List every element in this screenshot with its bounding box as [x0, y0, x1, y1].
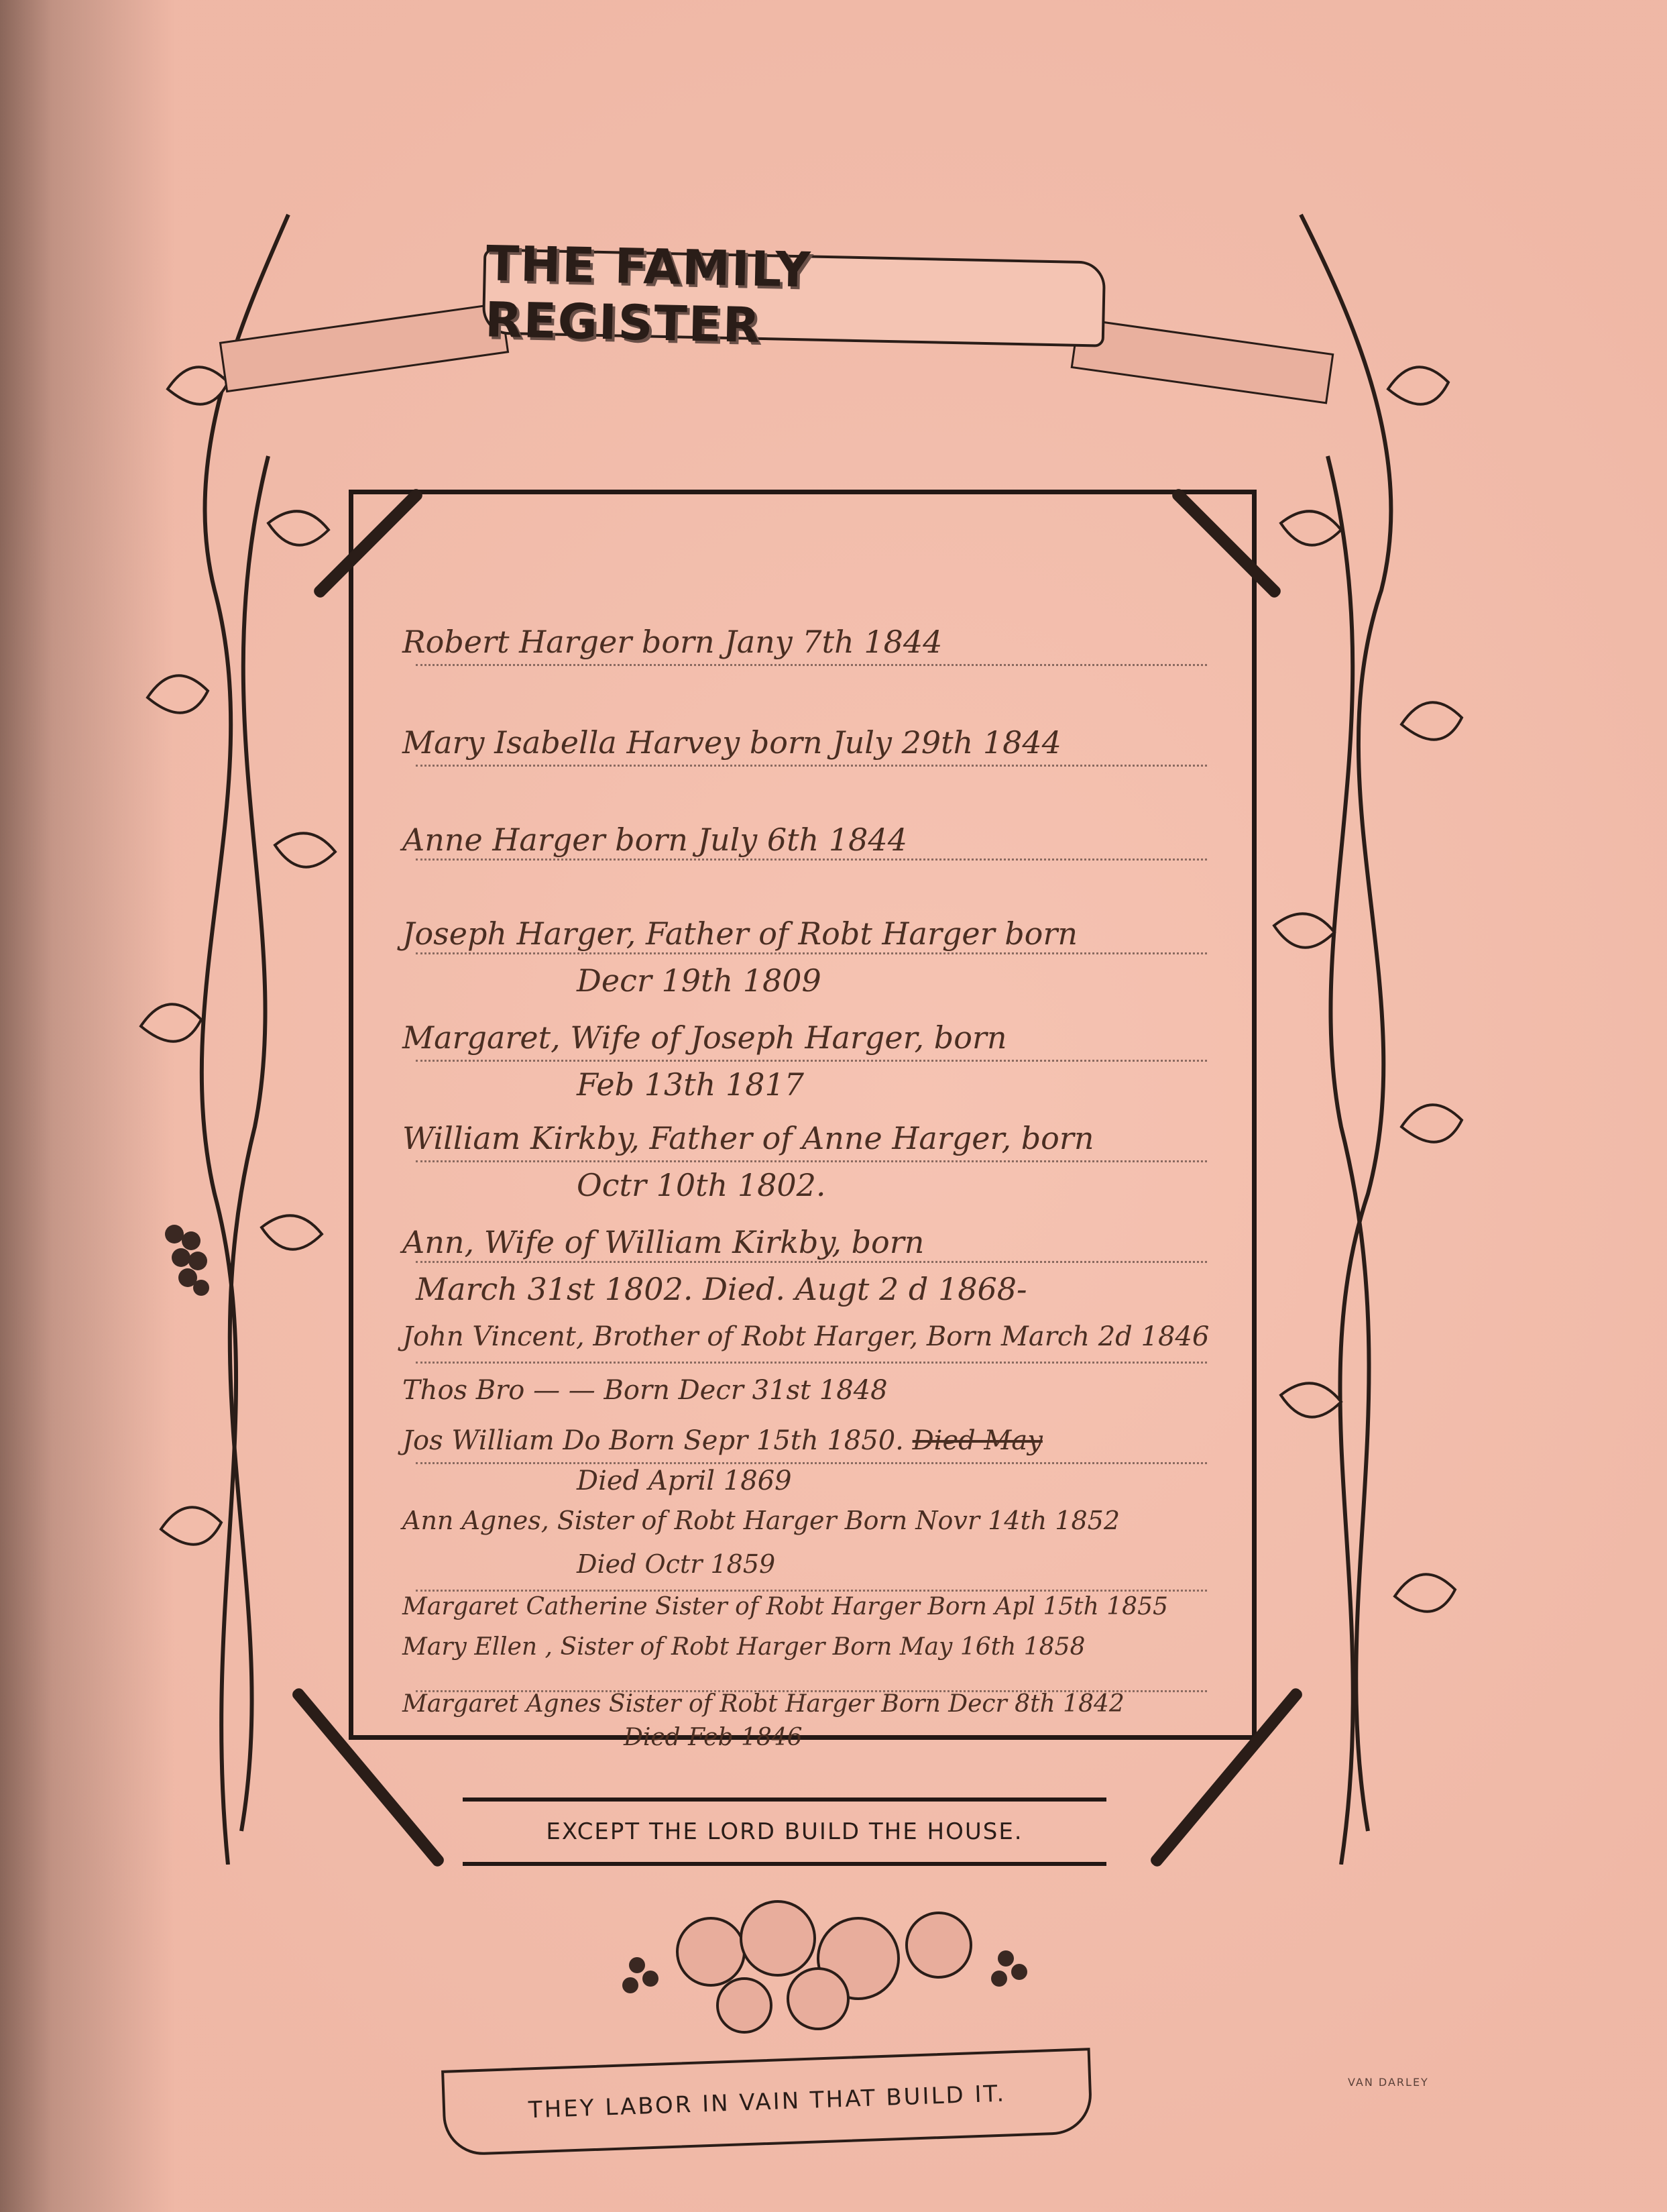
entry-ann-kirkby-dates: March 31st 1802. Died. Augt 2 d 1868-	[402, 1271, 1247, 1307]
entry-text: Ann, Wife of William Kirkby, born	[402, 1224, 924, 1260]
entry-subtext: Decr 19th 1809	[577, 962, 821, 999]
entry-subtext: Feb 13th 1817	[577, 1066, 804, 1103]
entry-thos: Thos Bro — — Born Decr 31st 1848	[402, 1375, 1234, 1406]
page-title: THE FAMILY REGISTER	[484, 235, 1103, 360]
ruled-line	[416, 1060, 1207, 1062]
entry-subtext: Died Feb 1846	[624, 1724, 803, 1751]
entry-subtext: March 31st 1802. Died. Augt 2 d 1868-	[416, 1271, 1027, 1307]
entry-jos-william-death: Died April 1869	[402, 1466, 1408, 1496]
ruled-line	[416, 1590, 1207, 1592]
entry-text: John Vincent, Brother of Robt Harger, Bo…	[402, 1321, 1209, 1352]
entry-william-kirkby: William Kirkby, Father of Anne Harger, b…	[402, 1120, 1234, 1156]
entry-text: William Kirkby, Father of Anne Harger, b…	[402, 1120, 1094, 1156]
fruit-flower-illustration	[577, 1871, 1100, 2046]
entry-subtext: Octr 10th 1802.	[577, 1167, 826, 1203]
entry-subtext: Died April 1869	[577, 1466, 792, 1496]
entry-text: Robert Harger born Jany 7th 1844	[402, 624, 942, 660]
entry-text: Mary Isabella Harvey born July 29th 1844	[402, 724, 1061, 761]
entry-robert-harger: Robert Harger born Jany 7th 1844	[402, 624, 1234, 660]
ruled-line	[416, 765, 1207, 767]
entry-text: Anne Harger born July 6th 1844	[402, 822, 907, 858]
ruled-line	[416, 664, 1207, 666]
entry-ann-agnes-death: Died Octr 1859	[402, 1549, 1408, 1579]
entry-text: Ann Agnes, Sister of Robt Harger Born No…	[402, 1506, 1120, 1535]
entry-text: Joseph Harger, Father of Robt Harger bor…	[402, 916, 1078, 952]
engraver-signature: VAN DARLEY	[1348, 2076, 1429, 2089]
entry-subtext: Died Octr 1859	[577, 1549, 775, 1579]
entry-margaret-harger-date: Feb 13th 1817	[402, 1066, 1408, 1103]
entry-text: Margaret Agnes Sister of Robt Harger Bor…	[402, 1690, 1125, 1718]
ruled-line	[416, 1261, 1207, 1263]
entry-margaret-harger: Margaret, Wife of Joseph Harger, born	[402, 1019, 1234, 1056]
entry-margaret-catherine: Margaret Catherine Sister of Robt Harger…	[402, 1593, 1234, 1620]
entry-mary-ellen: Mary Ellen , Sister of Robt Harger Born …	[402, 1633, 1234, 1661]
entry-text: Jos William Do Born Sepr 15th 1850.	[402, 1425, 904, 1456]
entry-ann-kirkby: Ann, Wife of William Kirkby, born	[402, 1224, 1234, 1260]
ruled-line	[416, 1160, 1207, 1162]
title-banner: THE FAMILY REGISTER	[482, 248, 1106, 347]
entry-margaret-agnes-death: Died Feb 1846	[402, 1724, 1455, 1751]
entry-mary-isabella-harvey: Mary Isabella Harvey born July 29th 1844	[402, 724, 1234, 761]
entry-text: Margaret, Wife of Joseph Harger, born	[402, 1019, 1007, 1056]
entry-william-kirkby-date: Octr 10th 1802.	[402, 1167, 1408, 1203]
entry-text: Margaret Catherine Sister of Robt Harger…	[402, 1593, 1168, 1620]
ruled-line	[416, 1462, 1207, 1464]
entry-margaret-agnes: Margaret Agnes Sister of Robt Harger Bor…	[402, 1690, 1234, 1718]
struck-text: Died May	[913, 1425, 1043, 1456]
entry-text: Mary Ellen , Sister of Robt Harger Born …	[402, 1633, 1085, 1661]
entry-joseph-harger-date: Decr 19th 1809	[402, 962, 1408, 999]
ruled-line	[416, 1362, 1207, 1364]
ruled-line	[416, 952, 1207, 954]
motto-text: THEY LABOR IN VAIN THAT BUILD IT.	[528, 2081, 1006, 2124]
entry-john-vincent: John Vincent, Brother of Robt Harger, Bo…	[402, 1321, 1234, 1352]
entry-jos-william: Jos William Do Born Sepr 15th 1850. Died…	[402, 1425, 1234, 1456]
entry-anne-harger: Anne Harger born July 6th 1844	[402, 822, 1234, 858]
entry-joseph-harger: Joseph Harger, Father of Robt Harger bor…	[402, 916, 1234, 952]
entry-text: Thos Bro — — Born Decr 31st 1848	[402, 1375, 888, 1406]
motto-banner-top: EXCEPT THE LORD BUILD THE HOUSE.	[463, 1798, 1106, 1866]
motto-text: EXCEPT THE LORD BUILD THE HOUSE.	[546, 1818, 1023, 1845]
ruled-line	[416, 859, 1207, 861]
entry-ann-agnes: Ann Agnes, Sister of Robt Harger Born No…	[402, 1506, 1234, 1535]
